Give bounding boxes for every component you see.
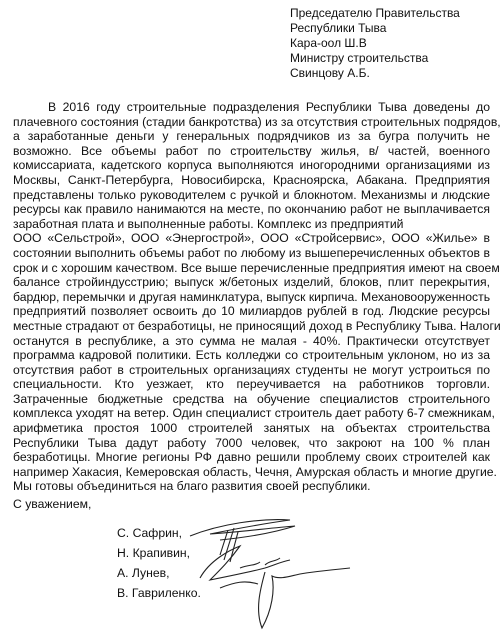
body-line: ресурсы как правило нанимаются на месте,… xyxy=(13,202,490,217)
addressee-line: Кара-оол Ш.В xyxy=(290,36,460,51)
signatures-icon xyxy=(180,510,380,630)
body-line: программа кадровой политики. Есть коллед… xyxy=(13,348,490,363)
body-line: комиссариата, кадетского корпуса выполня… xyxy=(13,158,490,173)
addressee-line: Свинцову А.Б. xyxy=(290,66,460,81)
body-line: а заработанные деньги у генеральных подр… xyxy=(13,129,490,144)
body-line: комплекса уходят на ветер. Один специали… xyxy=(13,406,490,421)
addressee-line: Министру строительства xyxy=(290,51,460,66)
body-line: отсутствия работ в строительных организа… xyxy=(13,363,490,378)
body-line: арифметика простоя 1000 строителей занят… xyxy=(13,421,490,436)
body-line: местные страдают от безработицы, не прин… xyxy=(13,319,490,334)
addressee-block: Председателю Правительства Республики Ты… xyxy=(290,6,460,81)
closing: С уважением, xyxy=(13,497,91,511)
addressee-line: Республики Тыва xyxy=(290,21,460,36)
body-line: Республики Тыва дадут работу 7000 челове… xyxy=(13,436,490,451)
body-line: заработная плата и выполненные работы. К… xyxy=(13,217,490,232)
body-line: возможно. Все объемы работ по строительс… xyxy=(13,144,490,159)
body-line: состоянии выполнить объемы работ по любо… xyxy=(13,246,490,261)
body-line: специальности. Кто уезжает, кто переучив… xyxy=(13,377,490,392)
body-line: Затраченные бюджетные средства на обучен… xyxy=(13,392,490,407)
body-line: бардюр, перемычки и другая наминклатура,… xyxy=(13,290,490,305)
body-line: безработицы. Многие регионы РФ давно реш… xyxy=(13,450,490,465)
body-line: ООО «Сельстрой», ООО «Энергострой», ООО … xyxy=(13,231,490,246)
body-line: предприятий позволяет освоить до 10 мили… xyxy=(13,304,490,319)
letter-body: В 2016 году строительные подразделения Р… xyxy=(13,100,490,494)
body-line: Мы готовы объединиться на благо развития… xyxy=(13,479,490,494)
body-line: представлены только руководителем с ручк… xyxy=(13,188,490,203)
body-line: срок и с хорошим качеством. Все выше пер… xyxy=(13,261,490,276)
body-line: плачевного состояния (стадии банкротства… xyxy=(13,115,490,130)
body-line: балансе стройиндусстрию; выпуск ж/бетоны… xyxy=(13,275,490,290)
body-line: останутся в республике, а это сумма не м… xyxy=(13,334,490,349)
body-line: например Хакасия, Кемеровская область, Ч… xyxy=(13,465,490,480)
body-line: Москвы, Санкт-Петербурга, Новосибирска, … xyxy=(13,173,490,188)
addressee-line: Председателю Правительства xyxy=(290,6,460,21)
body-line: В 2016 году строительные подразделения Р… xyxy=(13,100,490,115)
